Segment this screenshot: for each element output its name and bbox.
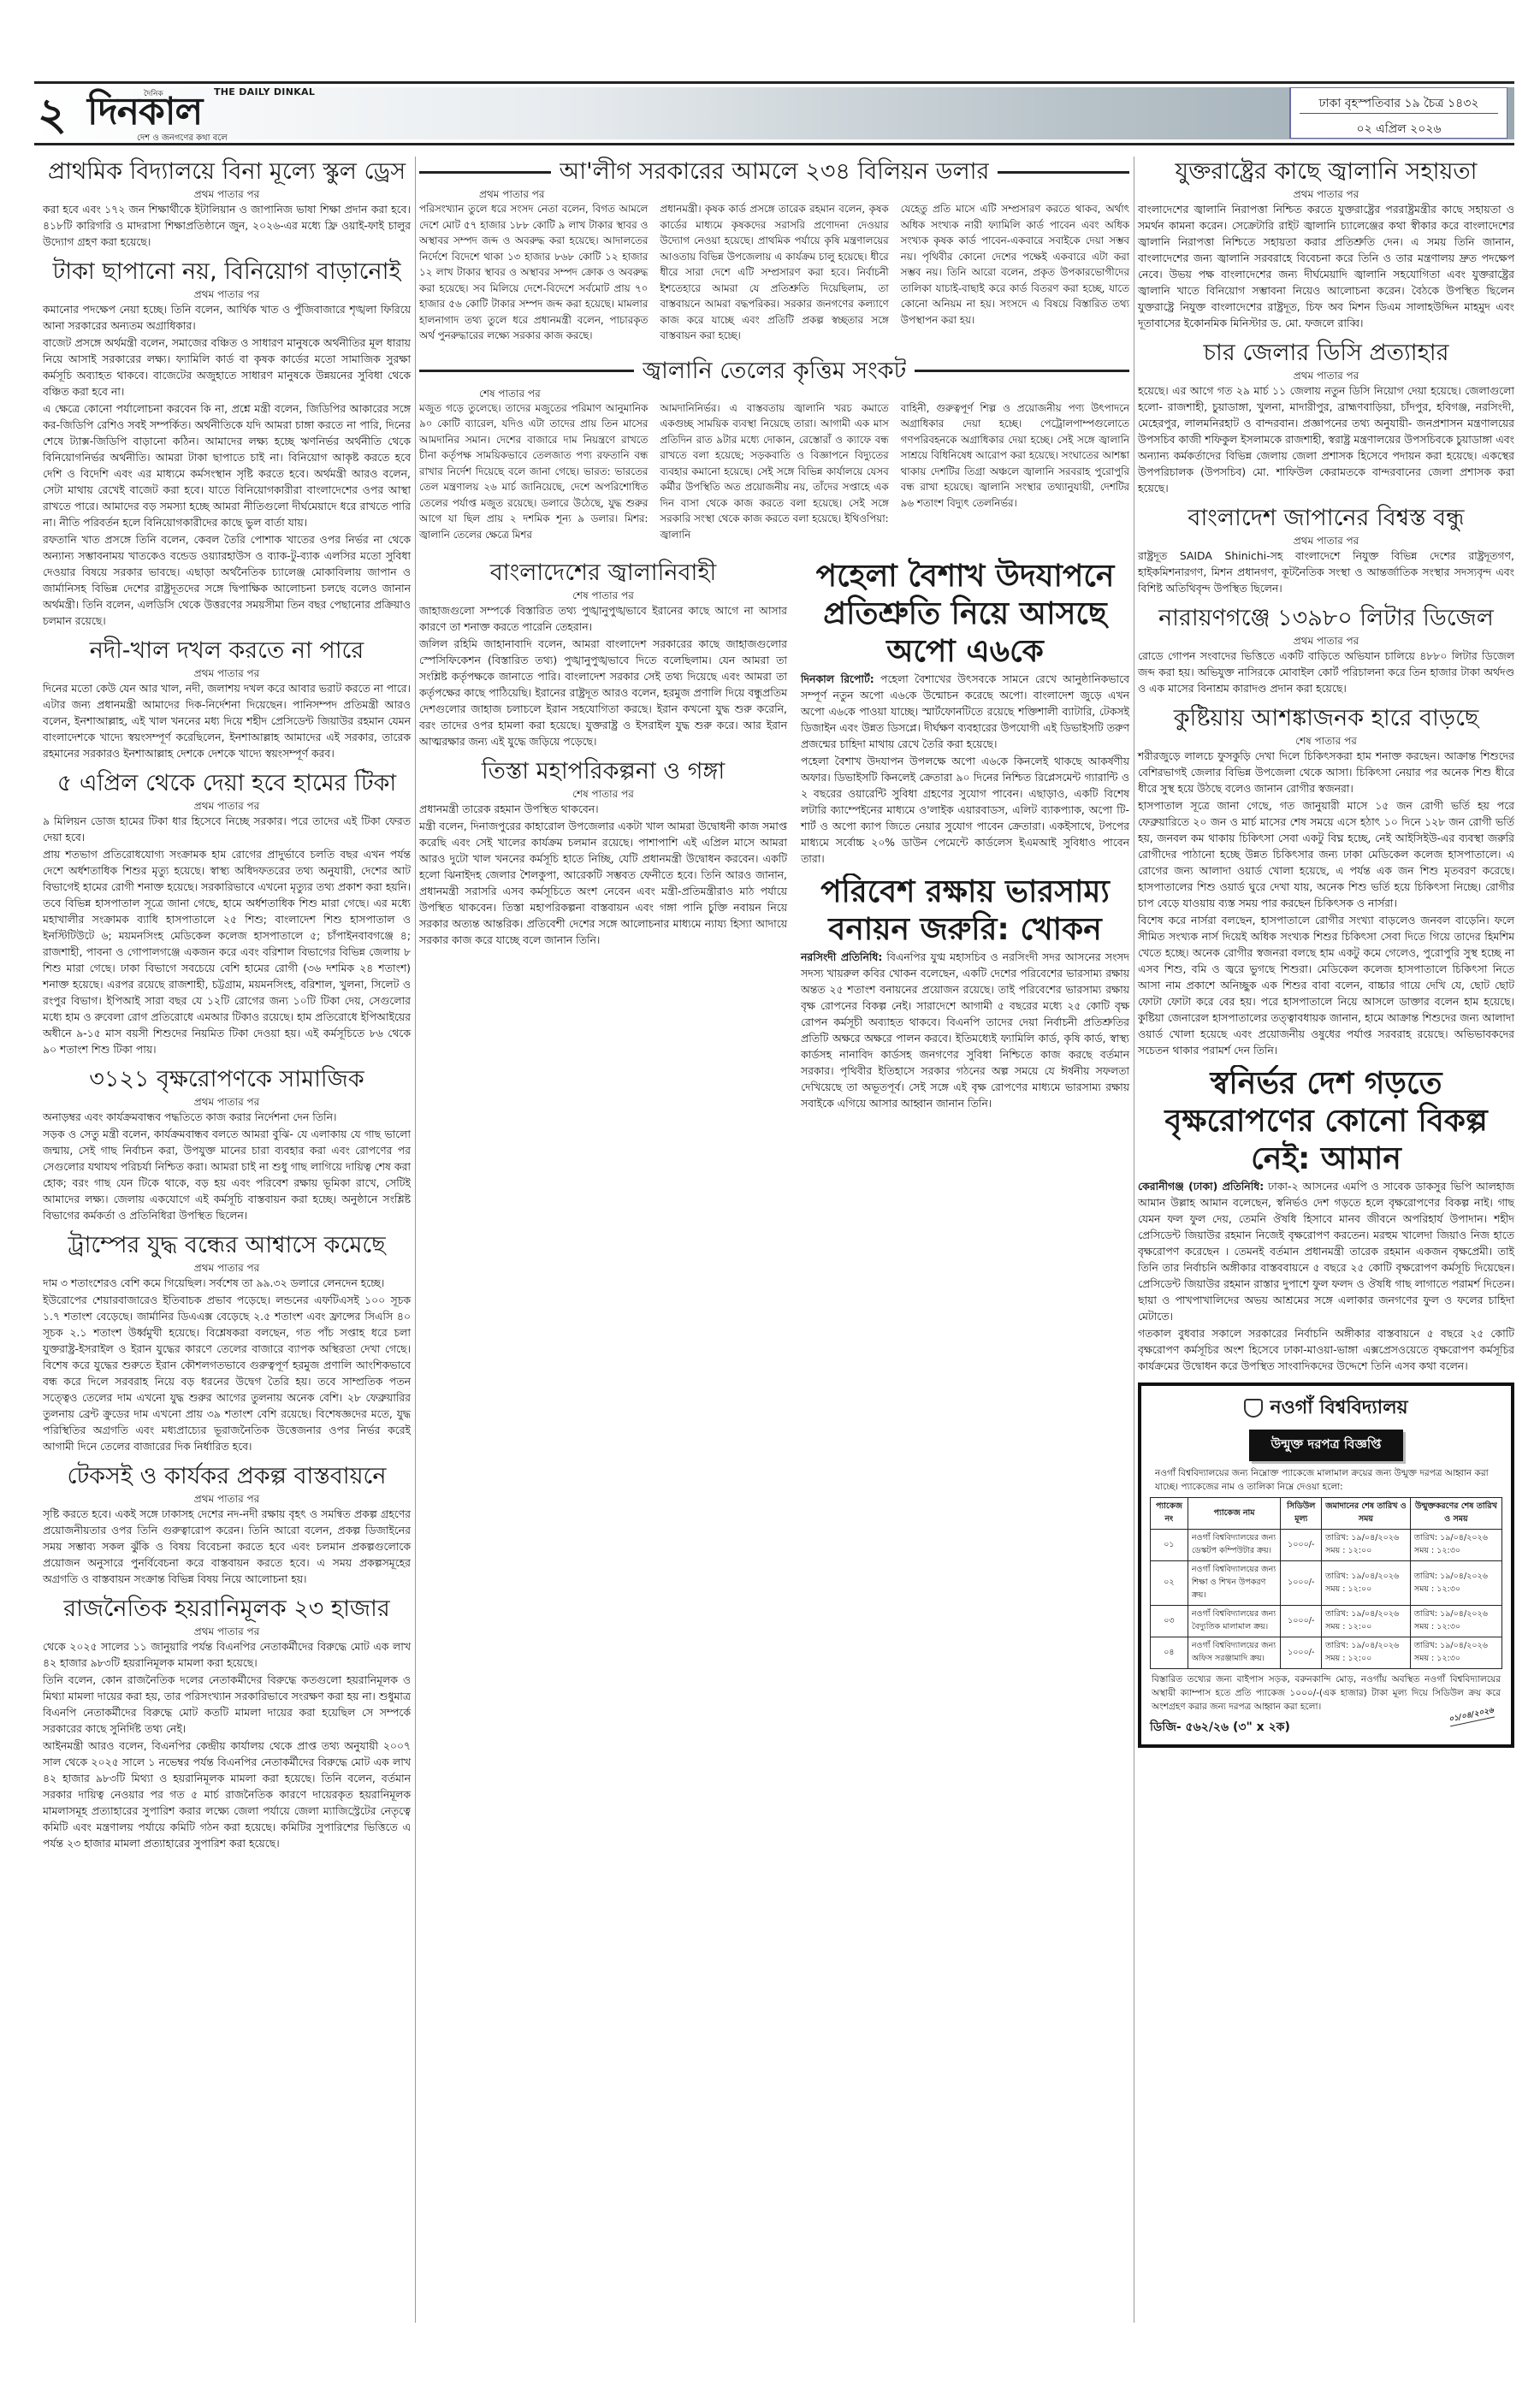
paragraph: জাহাজগুলো সম্পর্কে বিস্তারিত তথ্য পুঙ্খা… bbox=[419, 602, 787, 635]
headline[interactable]: যুক্তরাষ্ট্রের কাছে জ্বালানি সহায়তা bbox=[1138, 157, 1514, 187]
story-river-canal: নদী-খাল দখল করতে না পারে প্রথম পাতার পর … bbox=[43, 636, 411, 761]
paragraph: হাসপাতাল সূত্রে জানা গেছে, গত জানুয়ারী … bbox=[1138, 797, 1514, 911]
ad-organization: নওগাঁ বিশ্ববিদ্যালয় bbox=[1150, 1393, 1502, 1424]
headline[interactable]: আ'লীগ সরকারের আমলে ২৩৪ বিলিয়ন ডলার bbox=[560, 157, 990, 187]
continued-label: প্রথম পাতার পর bbox=[43, 799, 411, 813]
headline[interactable]: বাংলাদেশের জ্বালানিবাহী bbox=[419, 558, 787, 589]
ad-footer-text: বিস্তারিত তথ্যের জন্য বাইপাস সড়ক, বরুনক… bbox=[1152, 1673, 1501, 1714]
text-column: বাহিনী, গুরুত্বপূর্ণ শিল্প ও প্রয়োজনীয়… bbox=[901, 400, 1129, 543]
date-bangla: ঢাকা বৃহস্পতিবার ১৯ চৈত্র ১৪৩২ bbox=[1291, 93, 1507, 114]
story-narayanganj-diesel: নারায়ণগঞ্জে ১৩৯৮০ লিটার ডিজেল প্রথম পাত… bbox=[1138, 603, 1514, 696]
paragraph: তিনি বলেন, কোন রাজনৈতিক দলের নেতাকর্মীদে… bbox=[43, 1672, 411, 1737]
logo-tagline: দেশ ও জনগণের কথা বলে bbox=[137, 132, 228, 146]
story-fuel-crisis: জ্বালানি তেলের কৃত্তিম সংকট শেষ পাতার পর… bbox=[419, 356, 1129, 543]
headline[interactable]: রাজনৈতিক হয়রানিমূলক ২৩ হাজার bbox=[43, 1594, 411, 1625]
logo-english-name: THE DAILY DINKAL bbox=[214, 86, 315, 98]
paragraph: কেরানীগঞ্জ (ঢাকা) প্রতিনিধি: ঢাকা-২ আসনে… bbox=[1138, 1178, 1514, 1324]
story-teesta: তিস্তা মহাপরিকল্পনা ও গঙ্গা শেষ পাতার পর… bbox=[419, 756, 787, 948]
date-box: ঢাকা বৃহস্পতিবার ১৯ চৈত্র ১৪৩২ ০২ এপ্রিল… bbox=[1289, 87, 1507, 139]
story-us-energy: যুক্তরাষ্ট্রের কাছে জ্বালানি সহায়তা প্র… bbox=[1138, 157, 1514, 331]
byline: নরসিংদী প্রতিনিধি: bbox=[801, 950, 882, 963]
headline[interactable]: স্বনির্ভর দেশ গড়তে বৃক্ষরোপণের কোনো বিক… bbox=[1138, 1065, 1514, 1178]
paragraph: রাষ্ট্রদূত SAIDA Shinichi-সহ বাংলাদেশে ন… bbox=[1138, 548, 1514, 596]
paragraph: অনাড়ম্বর এবং কার্যক্রমবান্ধব পদ্ধতিতে ক… bbox=[43, 1109, 411, 1125]
continued-label: প্রথম পাতার পর bbox=[1138, 187, 1514, 201]
text-column: পরিসংখ্যান তুলে ধরে সংসদ নেতা বলেন, বিগত… bbox=[419, 201, 648, 344]
col-header-submission-deadline: জমাদানের শেষ তারিখ ও সময় bbox=[1322, 1498, 1411, 1530]
continued-label: প্রথম পাতার পর bbox=[43, 287, 411, 301]
story-japan-friend: বাংলাদেশ জাপানের বিশ্বস্ত বন্ধু প্রথম পা… bbox=[1138, 503, 1514, 596]
story-fuel-ships: বাংলাদেশের জ্বালানিবাহী শেষ পাতার পর জাহ… bbox=[419, 558, 787, 749]
paragraph: করা হবে এবং ১৭২ জন শিক্ষার্থীকে ইটালিয়া… bbox=[43, 201, 411, 250]
story-aman-tree-planting: স্বনির্ভর দেশ গড়তে বৃক্ষরোপণের কোনো বিক… bbox=[1138, 1065, 1514, 1374]
table-row: ০৪ নওগাঁ বিশ্ববিদ্যালয়ের জন্য অফিস সরঞ্… bbox=[1151, 1637, 1502, 1669]
table-row: ০১ নওগাঁ বিশ্ববিদ্যালয়ের জন্য ডেস্কটপ ক… bbox=[1151, 1530, 1502, 1561]
story-dc-withdrawal: চার জেলার ডিসি প্রত্যাহার প্রথম পাতার পর… bbox=[1138, 338, 1514, 496]
col-header-package-name: প্যাকেজ নাম bbox=[1188, 1498, 1281, 1530]
headline[interactable]: নারায়ণগঞ্জে ১৩৯৮০ লিটার ডিজেল bbox=[1138, 603, 1514, 634]
story-trump-oil: ট্রাম্পের যুদ্ধ বন্ধের আশ্বাসে কমেছে প্র… bbox=[43, 1230, 411, 1454]
paragraph: নরসিংদী প্রতিনিধি: বিএনপির যুগ্ম মহাসচিব… bbox=[801, 949, 1129, 1111]
center-column: আ'লীগ সরকারের আমলে ২৩৪ বিলিয়ন ডলার প্রথ… bbox=[419, 157, 1129, 1118]
ad-banner: উন্মুক্ত দরপত্র বিজ্ঞপ্তি bbox=[1249, 1430, 1403, 1461]
newspaper-logo[interactable]: দৈনিক THE DAILY DINKAL দিনকাল দেশ ও জনগণ… bbox=[86, 86, 334, 142]
paragraph: গতকাল বুধবার সকালে সরকারের নির্বাচনি অঙ্… bbox=[1138, 1325, 1514, 1374]
continued-label: প্রথম পাতার পর bbox=[43, 1625, 411, 1638]
newspaper-page: ২ দৈনিক THE DAILY DINKAL দিনকাল দেশ ও জন… bbox=[34, 81, 1514, 2357]
paragraph: দিনকাল রিপোর্ট: পহেলা বৈশাখের উৎসবকে সাম… bbox=[801, 671, 1129, 752]
center-lower-right: পহেলা বৈশাখ উদযাপনে প্রতিশ্রুতি নিয়ে আস… bbox=[801, 558, 1129, 1118]
continued-label: প্রথম পাতার পর bbox=[43, 1095, 411, 1109]
story-tree-plantation: ৩১২১ বৃক্ষরোপণকে সামাজিক প্রথম পাতার পর … bbox=[43, 1064, 411, 1223]
headline[interactable]: জ্বালানি তেলের কৃত্তিম সংকট bbox=[643, 356, 907, 387]
headline[interactable]: নদী-খাল দখল করতে না পারে bbox=[43, 636, 411, 666]
text-column: আমদানিনির্ভর। এ বাস্তবতায় জ্বালানি খরচ … bbox=[660, 400, 888, 543]
paragraph: কমানোর পদক্ষেপ নেয়া হচ্ছে। তিনি বলেন, আ… bbox=[43, 301, 411, 334]
headline[interactable]: বাংলাদেশ জাপানের বিশ্বস্ত বন্ধু bbox=[1138, 503, 1514, 534]
continued-label: প্রথম পাতার পর bbox=[43, 1492, 411, 1506]
table-row: ০৩ নওগাঁ বিশ্ববিদ্যালয়ের জন্য বৈদ্যুতিক… bbox=[1151, 1606, 1502, 1637]
byline: দিনকাল রিপোর্ট: bbox=[801, 672, 874, 685]
story-234-billion: আ'লীগ সরকারের আমলে ২৩৪ বিলিয়ন ডলার প্রথ… bbox=[419, 157, 1129, 344]
text-column: যেহেতু প্রতি মাসে এটি সম্প্রসারণ করতে থা… bbox=[901, 201, 1129, 344]
center-lower-left: বাংলাদেশের জ্বালানিবাহী শেষ পাতার পর জাহ… bbox=[419, 558, 787, 1118]
ad-code: ডিজি- ৫৬২/২৬ (৩" x ২ক) ০১/০৪/২০২৬ bbox=[1150, 1717, 1502, 1738]
tender-advertisement: নওগাঁ বিশ্ববিদ্যালয় উন্মুক্ত দরপত্র বিজ… bbox=[1138, 1383, 1514, 1748]
headline[interactable]: ৫ এপ্রিল থেকে দেয়া হবে হামের টিকা bbox=[43, 768, 411, 799]
paragraph: ইউরোপের শেয়ারবাজারেও ইতিবাচক প্রভাব পড়… bbox=[43, 1292, 411, 1454]
paragraph: আইনমন্ত্রী আরও বলেন, বিএনপির কেন্দ্রীয় … bbox=[43, 1738, 411, 1851]
continued-label: প্রথম পাতার পর bbox=[43, 187, 411, 201]
paragraph: জলিল রহিমি জাহানাবাদি বলেন, আমরা বাংলাদে… bbox=[419, 636, 787, 749]
ad-intro: নওগাঁ বিশ্ববিদ্যালয়ের জন্য নিম্নোক্ত প্… bbox=[1155, 1466, 1497, 1494]
headline[interactable]: কুষ্টিয়ায় আশঙ্কাজনক হারে বাড়ছে bbox=[1138, 703, 1514, 734]
story-oppo-a6k: পহেলা বৈশাখ উদযাপনে প্রতিশ্রুতি নিয়ে আস… bbox=[801, 558, 1129, 867]
story-measles-vaccine: ৫ এপ্রিল থেকে দেয়া হবে হামের টিকা প্রথম… bbox=[43, 768, 411, 1057]
paragraph: শরীরজুড়ে লালচে ফুসকুড়ি দেখা দিলে চিকিৎ… bbox=[1138, 748, 1514, 796]
continued-label: শেষ পাতার পর bbox=[1138, 734, 1514, 748]
continued-label: প্রথম পাতার পর bbox=[1138, 634, 1514, 648]
tender-table: প্যাকেজ নং প্যাকেজ নাম সিডিউল মূল্য জমাদ… bbox=[1150, 1497, 1502, 1669]
headline[interactable]: চার জেলার ডিসি প্রত্যাহার bbox=[1138, 338, 1514, 369]
continued-label: শেষ পাতার পর bbox=[419, 787, 787, 801]
paragraph: বাংলাদেশের জ্বালানি নিরাপত্তা নিশ্চিত কর… bbox=[1138, 201, 1514, 331]
paragraph: হয়েছে। এর আগে গত ২৯ মার্চ ১১ জেলায় নতু… bbox=[1138, 382, 1514, 496]
paragraph: রোডে গোপন সংবাদের ভিত্তিতে একটি বাড়িতে … bbox=[1138, 648, 1514, 696]
column-divider bbox=[1134, 157, 1134, 2323]
paragraph: বাজেট প্রসঙ্গে অর্থমন্ত্রী বলেন, সমাজের … bbox=[43, 335, 411, 400]
headline[interactable]: পহেলা বৈশাখ উদযাপনে প্রতিশ্রুতি নিয়ে আস… bbox=[801, 558, 1129, 671]
headline[interactable]: প্রাথমিক বিদ্যালয়ে বিনা মূল্যে স্কুল ড্… bbox=[43, 157, 411, 187]
continued-label: প্রথম পাতার পর bbox=[1138, 369, 1514, 382]
story-investment: টাকা ছাপানো নয়, বিনিয়োগ বাড়ানোই প্রথম… bbox=[43, 257, 411, 629]
paragraph: দাম ৩ শতাংশেরও বেশি কমে গিয়েছিল। সর্বশে… bbox=[43, 1275, 411, 1291]
paragraph: মন্ত্রী বলেন, দিনাজপুরের কাহারোল উপজেলার… bbox=[419, 818, 787, 948]
headline[interactable]: টেকসই ও কার্যকর প্রকল্প বাস্তবায়নে bbox=[43, 1461, 411, 1492]
headline[interactable]: ট্রাম্পের যুদ্ধ বন্ধের আশ্বাসে কমেছে bbox=[43, 1230, 411, 1261]
left-column: প্রাথমিক বিদ্যালয়ে বিনা মূল্যে স্কুল ড্… bbox=[43, 157, 411, 1858]
right-column: যুক্তরাষ্ট্রের কাছে জ্বালানি সহায়তা প্র… bbox=[1138, 157, 1514, 1748]
col-header-schedule-price: সিডিউল মূল্য bbox=[1281, 1498, 1322, 1530]
story-school-dress: প্রাথমিক বিদ্যালয়ে বিনা মূল্যে স্কুল ড্… bbox=[43, 157, 411, 250]
byline: কেরানীগঞ্জ (ঢাকা) প্রতিনিধি: bbox=[1138, 1180, 1264, 1193]
masthead: ২ দৈনিক THE DAILY DINKAL দিনকাল দেশ ও জন… bbox=[34, 81, 1514, 145]
headline[interactable]: ৩১২১ বৃক্ষরোপণকে সামাজিক bbox=[43, 1064, 411, 1095]
text-column: প্রধানমন্ত্রী। কৃষক কার্ড প্রসঙ্গে তারেক… bbox=[660, 201, 888, 344]
paragraph: প্রায় শতভাগ প্রতিরোধযোগ্য সংক্রামক হাম … bbox=[43, 846, 411, 1057]
column-divider bbox=[415, 157, 416, 2323]
story-sustainable-projects: টেকসই ও কার্যকর প্রকল্প বাস্তবায়নে প্রথ… bbox=[43, 1461, 411, 1587]
paragraph: ৯ মিলিয়ন ডোজ হামের টিকা ধার হিসেবে নিচ্… bbox=[43, 813, 411, 845]
continued-label: প্রথম পাতার পর bbox=[43, 1261, 411, 1275]
paragraph: সড়ক ও সেতু মন্ত্রী বলেন, কার্যক্রমবান্ধ… bbox=[43, 1126, 411, 1223]
paragraph: বিশেষ করে নার্সরা বলছেন, হাসপাতালে রোগীর… bbox=[1138, 912, 1514, 1058]
paragraph: রফতানি খাত প্রসঙ্গে তিনি বলেন, কেবল তৈরি… bbox=[43, 531, 411, 629]
headline-rule-left bbox=[419, 370, 634, 372]
logo-title: দিনকাল bbox=[87, 92, 202, 132]
paragraph: থেকে ২০২৫ সালের ১১ জানুয়ারি পর্যন্ত বিএ… bbox=[43, 1638, 411, 1671]
paragraph: দিনের মতো কেউ যেন আর খাল, নদী, জলাশয় দখ… bbox=[43, 680, 411, 761]
headline-rule-left bbox=[419, 171, 551, 174]
continued-label: প্রথম পাতার পর bbox=[43, 666, 411, 680]
paragraph: এ ক্ষেত্রে কোনো পর্যালোচনা করবেন কি না, … bbox=[43, 400, 411, 530]
col-header-opening-deadline: উন্মুক্তকরণের শেষ তারিখ ও সময় bbox=[1410, 1498, 1501, 1530]
continued-label: প্রথম পাতার পর bbox=[1138, 534, 1514, 548]
headline-rule-right bbox=[915, 370, 1129, 372]
table-row: ০২ নওগাঁ বিশ্ববিদ্যালয়ের জন্য শিক্ষা ও … bbox=[1151, 1561, 1502, 1606]
story-kushtia-measles: কুষ্টিয়ায় আশঙ্কাজনক হারে বাড়ছে শেষ পা… bbox=[1138, 703, 1514, 1058]
paragraph: প্রধানমন্ত্রী তারেক রহমান উপস্থিত থাকবেন… bbox=[419, 801, 787, 817]
university-emblem-icon bbox=[1244, 1399, 1263, 1418]
page-number: ২ bbox=[38, 89, 67, 140]
text-column: মজুত গড়ে তুলেছে। তাদের মজুতের পরিমাণ আন… bbox=[419, 400, 648, 543]
paragraph: পহেলা বৈশাখ উদযাপন উপলক্ষে অপো এ৬কে কিনল… bbox=[801, 753, 1129, 867]
story-environment-balance: পরিবেশ রক্ষায় ভারসাম্য বনায়ন জরুরি: খো… bbox=[801, 873, 1129, 1111]
paragraph: সৃষ্টি করতে হবে। একই সঙ্গে ঢাকাসহ দেশের … bbox=[43, 1506, 411, 1587]
continued-label: শেষ পাতার পর bbox=[419, 589, 787, 602]
continued-label: শেষ পাতার পর bbox=[419, 387, 1129, 400]
continued-label: প্রথম পাতার পর bbox=[419, 187, 1129, 201]
date-divider bbox=[1300, 113, 1498, 114]
headline[interactable]: তিস্তা মহাপরিকল্পনা ও গঙ্গা bbox=[419, 756, 787, 787]
date-gregorian: ০২ এপ্রিল ২০২৬ bbox=[1291, 119, 1507, 139]
col-header-package-no: প্যাকেজ নং bbox=[1151, 1498, 1188, 1530]
story-political-cases: রাজনৈতিক হয়রানিমূলক ২৩ হাজার প্রথম পাতা… bbox=[43, 1594, 411, 1851]
headline[interactable]: পরিবেশ রক্ষায় ভারসাম্য বনায়ন জরুরি: খো… bbox=[801, 873, 1129, 949]
headline-rule-right bbox=[998, 171, 1129, 174]
center-lower-grid: বাংলাদেশের জ্বালানিবাহী শেষ পাতার পর জাহ… bbox=[419, 558, 1129, 1118]
headline[interactable]: টাকা ছাপানো নয়, বিনিয়োগ বাড়ানোই bbox=[43, 257, 411, 287]
